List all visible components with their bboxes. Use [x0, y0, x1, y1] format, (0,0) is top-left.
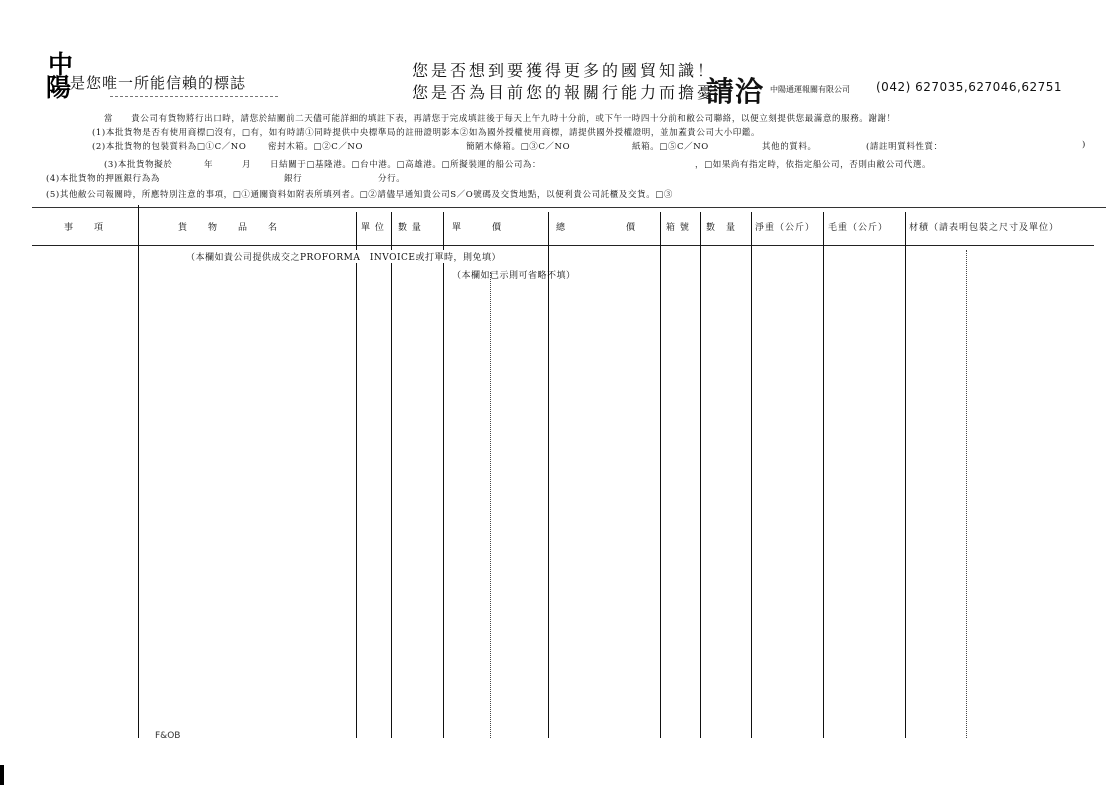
note-item-2-specify: (請註明質料性質： — [866, 140, 943, 152]
col-divider — [823, 212, 824, 738]
company-name: 中陽通運報關有限公司 — [770, 84, 850, 95]
note-item-2-carton: 紙箱。□⑤C／NO — [632, 140, 709, 152]
col-divider-dotted — [966, 250, 967, 738]
col-divider — [548, 212, 549, 738]
note-intro: 當 貴公司有貨物將行出口時，請您於結關前二天儘可能詳細的填註下表，再請您于完成填… — [104, 112, 896, 124]
note-item-2-other: 其他的質料。 — [762, 140, 817, 152]
note-item-4: (4)本批貨物的押匯銀行為為 — [46, 172, 160, 184]
contact-prompt: 請洽 — [706, 70, 764, 110]
note-omit: （本欄如已示則可省略不填） — [452, 268, 576, 281]
col-divider — [356, 212, 357, 738]
phone-number: (042) 627035,627046,62751 — [876, 80, 1062, 94]
note-item-1: (1)本批貨物是否有使用商標□沒有，□有，如有時請①同時提供中央標準局的註冊證明… — [92, 126, 760, 138]
header-quantity: 數 量 — [398, 220, 422, 233]
note-item-3-label: (3)本批貨物擬於 — [104, 158, 172, 170]
col-divider — [138, 205, 139, 738]
note-item-5: (5)其他敝公司報關時，所應特別注意的事項，□①通關資料如附表所填列者。□②請儘… — [46, 188, 673, 200]
col-divider — [751, 212, 752, 738]
slogan-underline — [110, 96, 278, 97]
header-case-marks: 箱 號 — [666, 220, 690, 233]
note-item-4-bank: 銀行 — [284, 172, 302, 184]
note-item-3-ports: 日結關于□基隆港。□台中港。□高雄港。□所擬裝運的船公司為： — [270, 158, 541, 170]
col-divider — [443, 212, 444, 738]
note-item-4-branch: 分行。 — [378, 172, 405, 184]
header-total-price: 總 價 — [556, 220, 636, 233]
col-divider — [905, 212, 906, 738]
headline-1: 您是否想到要獲得更多的國貿知識！ — [412, 58, 716, 81]
slogan: 是您唯一所能信賴的標誌 — [70, 72, 246, 93]
header-gross-weight: 毛重（公斤） — [828, 220, 888, 233]
header-unit: 單 位 — [361, 220, 385, 233]
col-divider — [700, 212, 701, 738]
logo-char-bottom: 陽 — [46, 77, 71, 99]
header-count: 數 量 — [706, 220, 736, 233]
col-divider — [391, 212, 392, 738]
note-item-3-month: 月 — [242, 158, 251, 170]
table-header-rule — [32, 245, 1094, 246]
header-description: 貨 物 品 名 — [178, 220, 278, 233]
note-item-2-close: ) — [1082, 140, 1086, 150]
table-top-rule — [32, 207, 1106, 208]
note-item-2-sealed-crate: 密封木箱。□②C／NO — [268, 140, 363, 152]
header-unit-price: 單 價 — [452, 220, 502, 233]
note-item-3-year: 年 — [204, 158, 213, 170]
note-proforma: （本欄如貴公司提供成交之PROFORMA INVOICE或打單時，則免填） — [186, 250, 503, 263]
col-divider-dotted — [490, 272, 491, 738]
note-item-2-slatted-crate: 簡陋木條箱。□③C／NO — [466, 140, 570, 152]
headline-2: 您是否為目前您的報關行能力而擔憂！ — [412, 80, 735, 103]
header-measurement: 材積（請表明包裝之尺寸及單位） — [909, 220, 1059, 233]
note-item-3-shipping-line: ，□如果尚有指定時，依指定船公司，否則由敝公司代選。 — [695, 158, 931, 170]
header-item: 事 項 — [64, 220, 104, 233]
header-net-weight: 淨重（公斤） — [755, 220, 815, 233]
note-item-2-packing: (2)本批貨物的包裝質料為□①C／NO — [92, 140, 246, 152]
footer-fragment: F&OB — [155, 731, 180, 738]
col-divider — [660, 212, 661, 738]
scan-edge-mark — [0, 765, 4, 785]
